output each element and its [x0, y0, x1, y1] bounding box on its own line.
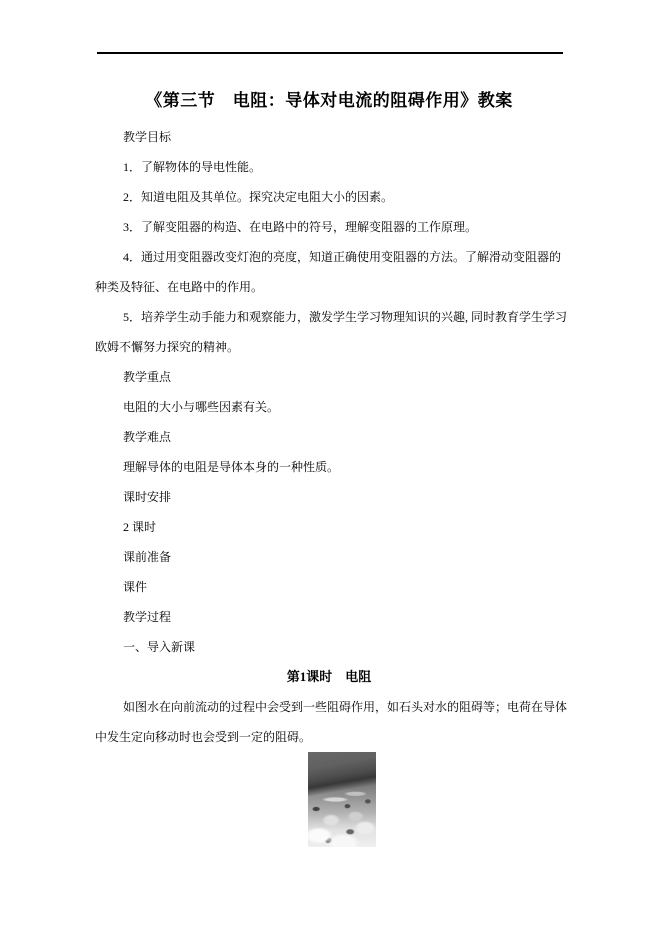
objective-item-5-line-2: 欧姆不懈努力探究的精神。 [95, 332, 563, 362]
intro-paragraph-line-2: 中发生定向移动时也会受到一定的阻碍。 [95, 722, 563, 752]
lesson-1-subtitle: 第1课时 电阻 [95, 662, 563, 692]
objective-item-1: 1．了解物体的导电性能。 [95, 152, 563, 182]
heading-teaching-process: 教学过程 [95, 602, 563, 632]
stream-water-photo [308, 752, 376, 847]
key-point-text: 电阻的大小与哪些因素有关。 [95, 392, 563, 422]
objective-item-5-line-1: 5．培养学生动手能力和观察能力，激发学生学习物理知识的兴趣, 同时教育学生学习 [95, 302, 563, 332]
objective-item-4-line-2: 种类及特征、在电路中的作用。 [95, 272, 563, 302]
difficulty-text: 理解导体的电阻是导体本身的一种性质。 [95, 452, 563, 482]
heading-teaching-key-point: 教学重点 [95, 362, 563, 392]
document-page: 《第三节 电阻：导体对电流的阻碍作用》教案 教学目标 1．了解物体的导电性能。 … [0, 0, 658, 932]
header-divider-line [97, 52, 563, 54]
heading-teaching-difficulty: 教学难点 [95, 422, 563, 452]
document-body: 教学目标 1．了解物体的导电性能。 2．知道电阻及其单位。探究决定电阻大小的因素… [95, 122, 563, 752]
class-preparation-text: 课件 [95, 572, 563, 602]
objective-item-3: 3．了解变阻器的构造、在电路中的符号，理解变阻器的工作原理。 [95, 212, 563, 242]
class-schedule-text: 2 课时 [95, 512, 563, 542]
objective-item-2: 2．知道电阻及其单位。探究决定电阻大小的因素。 [95, 182, 563, 212]
heading-class-schedule: 课时安排 [95, 482, 563, 512]
objective-item-4-line-1: 4．通过用变阻器改变灯泡的亮度，知道正确使用变阻器的方法。了解滑动变阻器的 [95, 242, 563, 272]
heading-teaching-objectives: 教学目标 [95, 122, 563, 152]
process-step-1-heading: 一、导入新课 [95, 632, 563, 662]
document-title: 《第三节 电阻：导体对电流的阻碍作用》教案 [0, 86, 658, 111]
document-title-text: 《第三节 电阻：导体对电流的阻碍作用》教案 [145, 91, 513, 110]
intro-paragraph-line-1: 如图水在向前流动的过程中会受到一些阻碍作用，如石头对水的阻碍等；电荷在导体 [95, 692, 563, 722]
heading-class-preparation: 课前准备 [95, 542, 563, 572]
